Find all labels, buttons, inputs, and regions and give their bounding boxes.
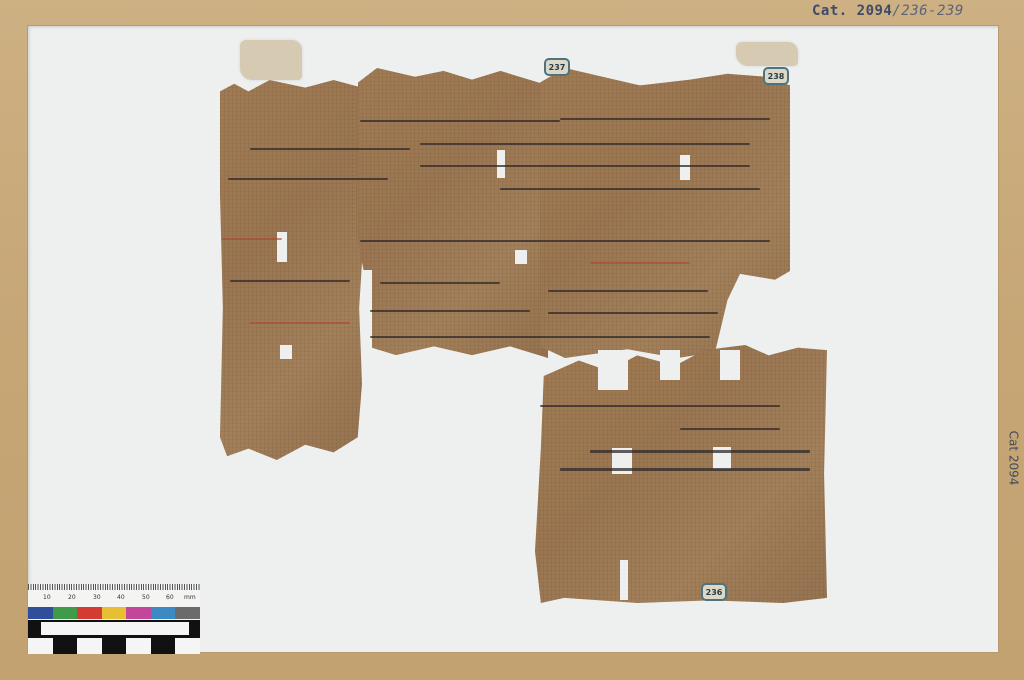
ink-red-text-line: [222, 238, 282, 240]
swatch-magenta: [126, 607, 151, 619]
ruler-tick: 40: [117, 594, 125, 601]
ink-text-line: [360, 120, 560, 122]
papyrus-hole: [277, 232, 287, 262]
ink-text-line: [548, 290, 708, 292]
ink-text-line: [370, 336, 710, 338]
ink-text-line: [560, 468, 810, 471]
inventory-tag-number: 236: [706, 588, 723, 597]
ruler-tick: 30: [93, 594, 101, 601]
papyrus-hole: [620, 560, 628, 600]
inventory-tag: 236: [701, 583, 727, 601]
inventory-tag: 237: [544, 58, 570, 76]
ruler: [28, 584, 200, 606]
ruler-tick: 20: [68, 594, 76, 601]
side-catalog-text: Cat 2094: [1006, 431, 1020, 486]
bw-bar: [28, 620, 200, 638]
papyrus-hole: [660, 350, 680, 380]
ink-text-line: [370, 310, 530, 312]
papyrus-hole: [497, 150, 505, 178]
ink-text-line: [420, 165, 750, 167]
ink-text-line: [228, 178, 388, 180]
catalog-subrange: /236-239: [892, 3, 963, 19]
inventory-tag-number: 237: [549, 63, 566, 72]
ink-text-line: [500, 188, 760, 190]
ink-text-line: [250, 148, 410, 150]
ink-text-line: [680, 428, 780, 430]
checker-bar: [28, 638, 200, 654]
papyrus-hole: [515, 250, 527, 264]
papyrus-fragment-lower-right: [535, 345, 827, 603]
papyrus-fragment-left: [220, 80, 362, 460]
swatch-blue: [28, 607, 53, 619]
ruler-tick: 50: [142, 594, 150, 601]
papyrus-fragment-middle: [358, 68, 548, 358]
papyrus-hole: [362, 270, 372, 360]
ink-text-line: [560, 118, 770, 120]
ink-text-line: [590, 450, 810, 453]
ink-red-text-line: [590, 262, 690, 264]
catalog-number: Cat. 2094: [812, 3, 892, 19]
color-swatches: [28, 607, 200, 619]
papyrus-scrap-right: [736, 42, 798, 66]
ink-text-line: [548, 312, 718, 314]
swatch-red: [77, 607, 102, 619]
swatch-green: [53, 607, 78, 619]
inventory-tag: 238: [763, 67, 789, 85]
ink-red-text-line: [250, 322, 350, 324]
ink-text-line: [540, 405, 780, 407]
swatch-cyan: [151, 607, 176, 619]
ruler-unit: mm: [184, 594, 196, 601]
scale-bar: 10 20 30 40 50 60 mm: [28, 584, 200, 654]
ink-text-line: [230, 280, 350, 282]
ruler-tick: 10: [43, 594, 51, 601]
ruler-tick: 60: [166, 594, 174, 601]
swatch-yellow: [102, 607, 127, 619]
swatch-gray: [175, 607, 200, 619]
papyrus-hole: [598, 350, 628, 390]
papyrus-scrap-left: [240, 40, 302, 80]
papyrus-hole: [280, 345, 292, 359]
inventory-tag-number: 238: [768, 72, 785, 81]
ink-text-line: [380, 282, 500, 284]
papyrus-hole: [680, 155, 690, 180]
papyrus-hole: [720, 350, 740, 380]
side-catalog-label: Cat 2094: [1003, 418, 1023, 498]
ink-text-line: [420, 143, 750, 145]
ink-text-line: [360, 240, 770, 242]
catalog-label: Cat. 2094/236-239: [812, 3, 964, 19]
